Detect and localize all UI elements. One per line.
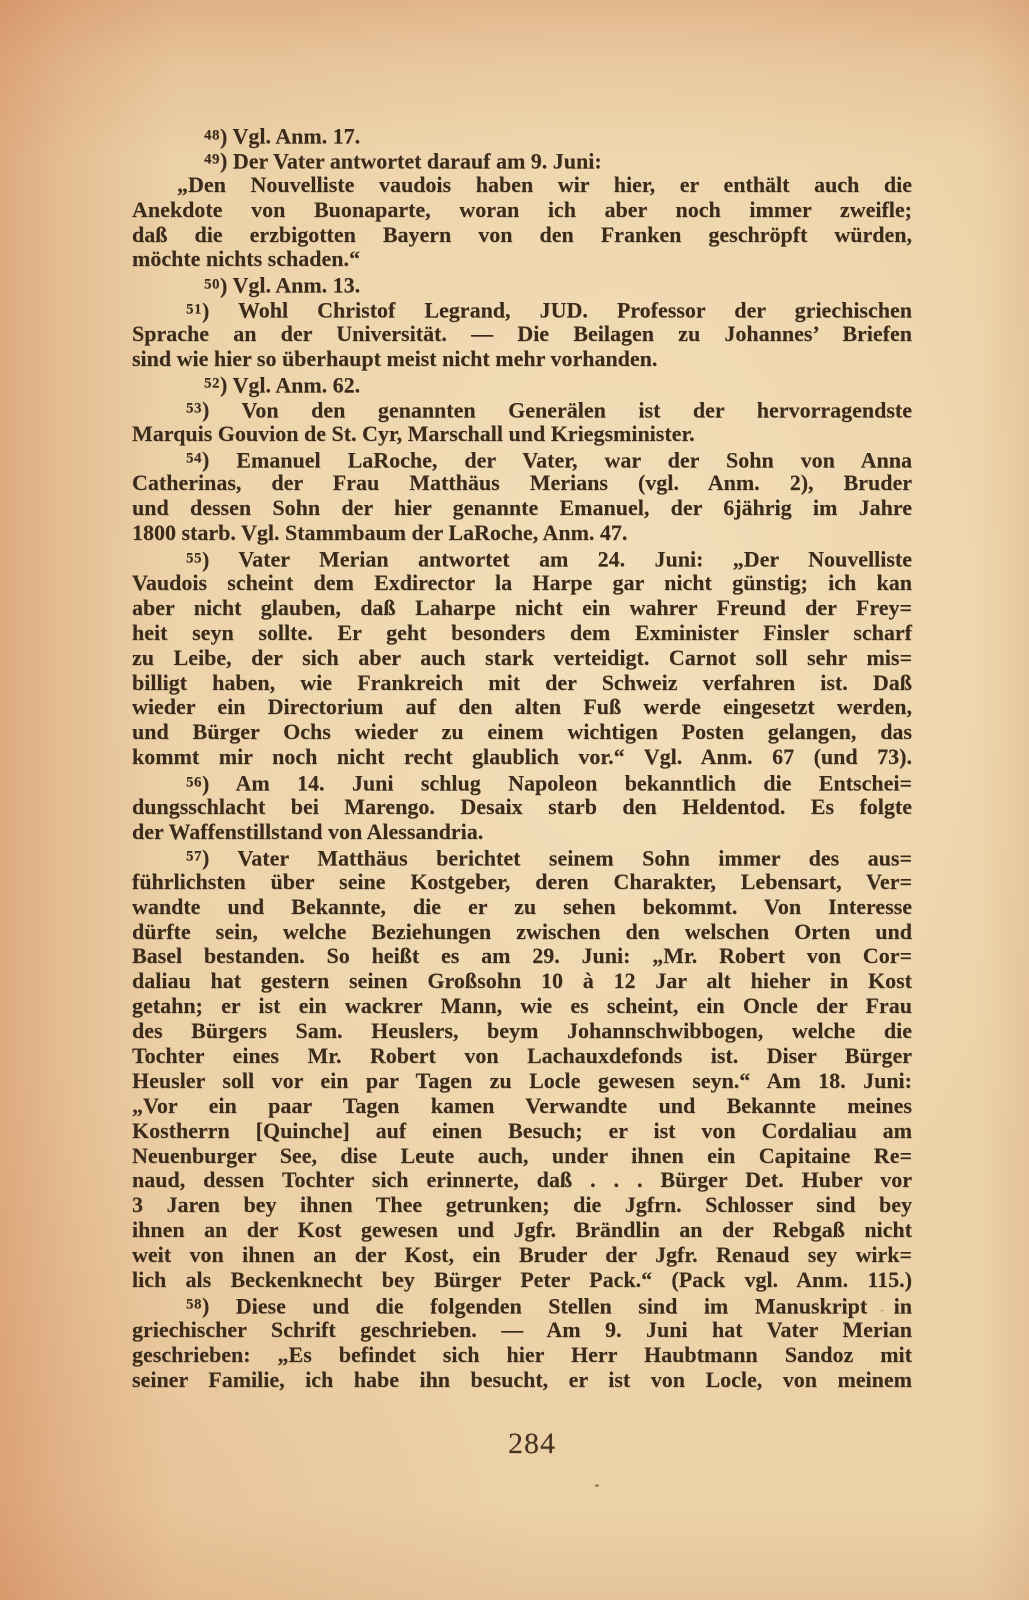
footnote-number: 55 xyxy=(186,550,202,566)
text-line: aber nicht glauben, daß Laharpe nicht ei… xyxy=(132,596,912,621)
text-line: 49) Der Vater antwortet darauf am 9. Jun… xyxy=(132,148,912,173)
text-line: daliau hat gestern seinen Großsohn 10 à … xyxy=(132,969,912,994)
text-line: Marquis Gouvion de St. Cyr, Marschall un… xyxy=(132,422,912,447)
text-line: Tochter eines Mr. Robert von Lachauxdefo… xyxy=(132,1044,912,1069)
footnotes-text: 48) Vgl. Anm. 17.49) Der Vater antwortet… xyxy=(132,123,912,1392)
text-line: Basel bestanden. So heißt es am 29. Juni… xyxy=(132,944,912,969)
footnote-number: 53 xyxy=(186,401,202,417)
text-line: 3 Jaren bey ihnen Thee getrunken; die Jg… xyxy=(132,1193,912,1218)
text-line: Neuenburger See, dise Leute auch, under … xyxy=(132,1144,912,1169)
text-line: 58) Diese und die folgenden Stellen sind… xyxy=(132,1293,912,1318)
text-line: getahn; er ist ein wackrer Mann, wie es … xyxy=(132,994,912,1019)
text-line: des Bürgers Sam. Heuslers, beym Johannsc… xyxy=(132,1019,912,1044)
text-line: 57) Vater Matthäus berichtet seinem Sohn… xyxy=(132,845,912,870)
text-line: zu Leibe, der sich aber auch stark verte… xyxy=(132,646,912,671)
footnote-marker: 49) xyxy=(204,148,233,173)
text-line: Kostherrn [Quinche] auf einen Besuch; er… xyxy=(132,1119,912,1144)
footnote-marker: 54) xyxy=(186,447,236,472)
text-line: 50) Vgl. Anm. 13. xyxy=(132,272,912,297)
footnote-marker: 55) xyxy=(186,547,238,572)
text-line: daß die erzbigotten Bayern von den Frank… xyxy=(132,223,912,248)
text-line: 1800 starb. Vgl. Stammbaum der LaRoche, … xyxy=(132,521,912,546)
text-line: Vaudois scheint dem Exdirector la Harpe … xyxy=(132,571,912,596)
text-line: ihnen an der Kost gewesen und Jgfr. Brän… xyxy=(132,1218,912,1243)
text-line: wieder ein Directorium auf den alten Fuß… xyxy=(132,695,912,720)
text-line: dungsschlacht bei Marengo. Desaix starb … xyxy=(132,795,912,820)
text-line: und Bürger Ochs wieder zu einem wichtige… xyxy=(132,720,912,745)
text-line: weit von ihnen an der Kost, ein Bruder d… xyxy=(132,1243,912,1268)
footnote-number: 56 xyxy=(186,774,202,790)
book-page-scan: 48) Vgl. Anm. 17.49) Der Vater antwortet… xyxy=(0,0,1029,1600)
footnote-number: 57 xyxy=(186,849,202,865)
text-line: heit seyn sollte. Er geht besonders dem … xyxy=(132,621,912,646)
text-line: naud, dessen Tochter sich erinnerte, daß… xyxy=(132,1168,912,1193)
text-line: Sprache an der Universität. — Die Beilag… xyxy=(132,322,912,347)
text-line: „Den Nouvelliste vaudois haben wir hier,… xyxy=(132,173,912,198)
text-line: geschrieben: „Es befindet sich hier Herr… xyxy=(132,1343,912,1368)
footnote-marker: 51) xyxy=(186,298,238,323)
footnote-number: 48 xyxy=(204,127,220,143)
text-line: „Vor ein paar Tagen kamen Verwandte und … xyxy=(132,1094,912,1119)
text-line: dürfte sein, welche Beziehungen zwischen… xyxy=(132,920,912,945)
text-line: 48) Vgl. Anm. 17. xyxy=(132,123,912,148)
text-line: sind wie hier so überhaupt meist nicht m… xyxy=(132,347,912,372)
footnote-number: 52 xyxy=(204,376,220,392)
footnote-number: 51 xyxy=(186,301,202,317)
footnote-marker: 56) xyxy=(186,771,235,796)
text-line: kommt mir noch nicht recht glaublich vor… xyxy=(132,745,912,770)
footnote-marker: 48) xyxy=(204,124,232,149)
text-line: seiner Familie, ich habe ihn besucht, er… xyxy=(132,1368,912,1393)
footnote-number: 49 xyxy=(204,152,220,168)
footnote-marker: 52) xyxy=(204,372,232,397)
text-line: Anekdote von Buonaparte, woran ich aber … xyxy=(132,198,912,223)
text-line: 51) Wohl Christof Legrand, JUD. Professo… xyxy=(132,297,912,322)
text-line: 54) Emanuel LaRoche, der Vater, war der … xyxy=(132,447,912,472)
text-line: griechischer Schrift geschrieben. — Am 9… xyxy=(132,1318,912,1343)
text-line: und dessen Sohn der hier genannte Emanue… xyxy=(132,496,912,521)
footnote-marker: 53) xyxy=(186,397,241,422)
footnote-marker: 58) xyxy=(186,1293,236,1318)
text-line: 52) Vgl. Anm. 62. xyxy=(132,372,912,397)
text-line: 55) Vater Merian antwortet am 24. Juni: … xyxy=(132,546,912,571)
text-line: 56) Am 14. Juni schlug Napoleon bekanntl… xyxy=(132,770,912,795)
footnote-number: 50 xyxy=(204,276,220,292)
text-line: führlichsten über seine Kostgeber, deren… xyxy=(132,870,912,895)
text-line: möchte nichts schaden.“ xyxy=(132,247,912,272)
text-line: lich als Beckenknecht bey Bürger Peter P… xyxy=(132,1268,912,1293)
text-line: wandte und Bekannte, die er zu sehen bek… xyxy=(132,895,912,920)
text-line: Heusler soll vor ein par Tagen zu Locle … xyxy=(132,1069,912,1094)
text-line: Catherinas, der Frau Matthäus Merians (v… xyxy=(132,471,912,496)
footnote-marker: 50) xyxy=(204,273,232,298)
text-line: billigt haben, wie Frankreich mit der Sc… xyxy=(132,671,912,696)
text-line: der Waffenstillstand von Alessandria. xyxy=(132,820,912,845)
text-line: 53) Von den genannten Generälen ist der … xyxy=(132,397,912,422)
page-number: 284 xyxy=(142,1427,922,1461)
footnote-marker: 57) xyxy=(186,845,237,870)
footnote-number: 54 xyxy=(186,451,202,467)
footnote-number: 58 xyxy=(186,1297,202,1313)
